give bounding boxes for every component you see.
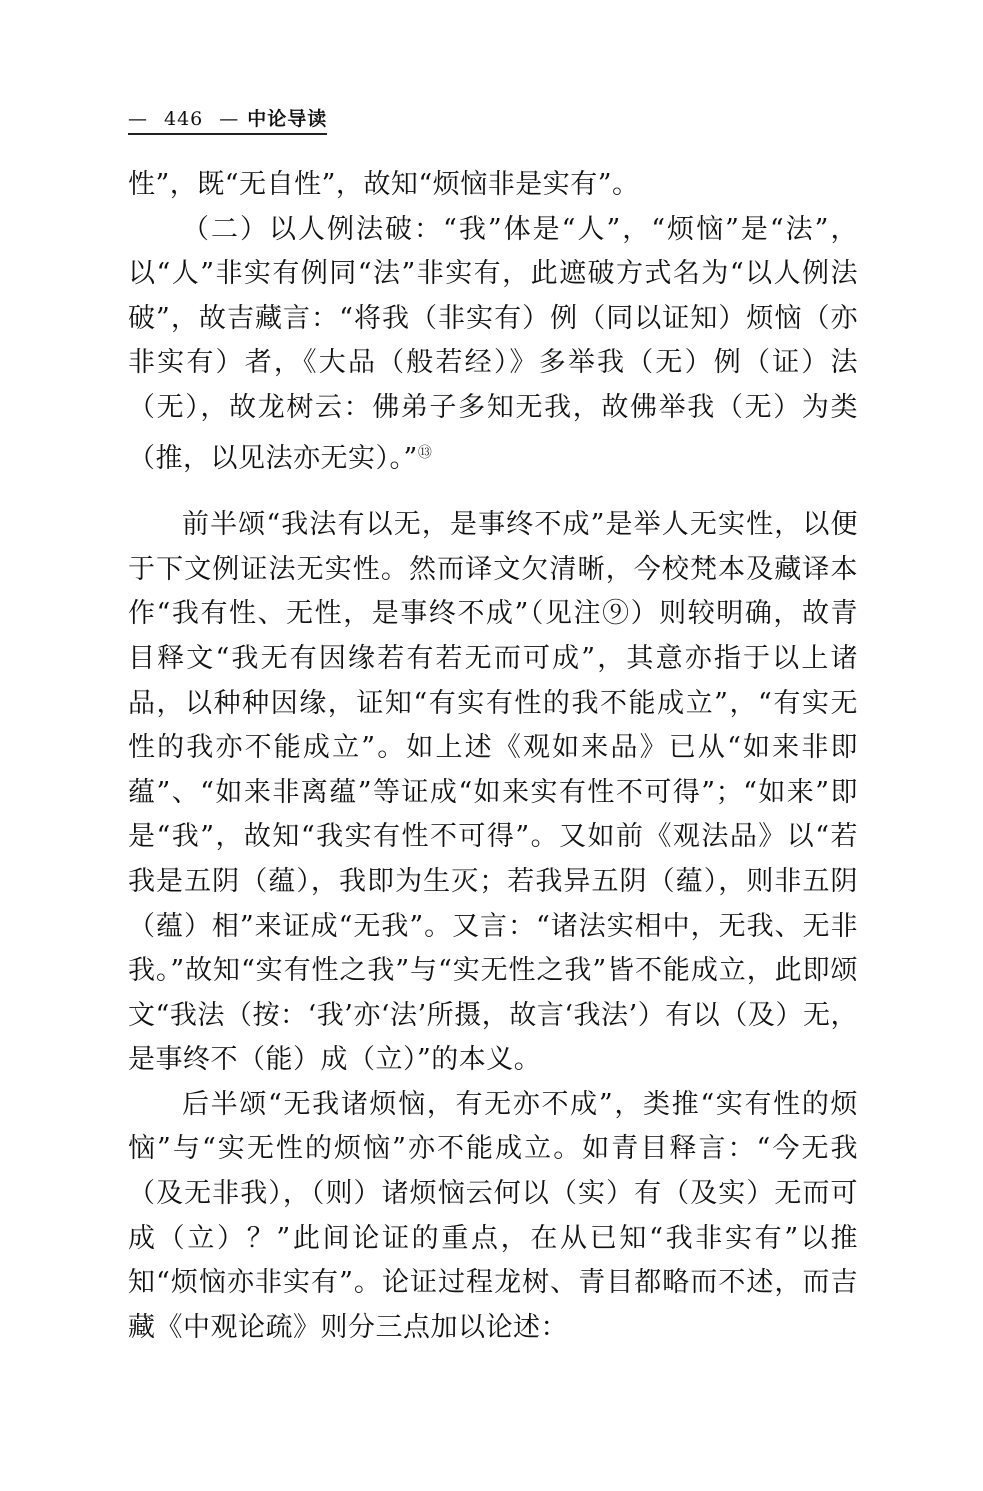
- header-dash-left: —: [128, 108, 148, 130]
- paragraph-3: 前半颂“我法有以无，是事终不成”是举人无实性，以便于下文例证法无实性。然而译文欠…: [128, 503, 858, 1083]
- running-header: —446—中论导读: [128, 104, 327, 135]
- paragraph-2: （二）以人例法破：“我”体是“人”，“烦恼”是“法”，以“人”非实有例同“法”非…: [128, 208, 858, 482]
- paragraph-1: 性”，既“无自性”，故知“烦恼非是实有”。: [128, 163, 858, 208]
- paragraph-4-text: 后半颂“无我诸烦恼，有无亦不成”，类推“实有性的烦恼”与“实无性的烦恼”亦不能成…: [128, 1089, 858, 1343]
- paragraph-1-text: 性”，既“无自性”，故知“烦恼非是实有”。: [128, 169, 640, 200]
- paragraph-2-text: （二）以人例法破：“我”体是“人”，“烦恼”是“法”，以“人”非实有例同“法”非…: [128, 214, 858, 474]
- page-number: 446: [164, 108, 203, 130]
- paragraph-4: 后半颂“无我诸烦恼，有无亦不成”，类推“实有性的烦恼”与“实无性的烦恼”亦不能成…: [128, 1083, 858, 1351]
- page-body: 性”，既“无自性”，故知“烦恼非是实有”。 （二）以人例法破：“我”体是“人”，…: [128, 163, 858, 1350]
- footnote-reference: ⑬: [418, 445, 433, 461]
- book-title: 中论导读: [247, 108, 327, 130]
- header-dash-right: —: [219, 108, 239, 130]
- paragraph-3-text: 前半颂“我法有以无，是事终不成”是举人无实性，以便于下文例证法无实性。然而译文欠…: [128, 509, 858, 1075]
